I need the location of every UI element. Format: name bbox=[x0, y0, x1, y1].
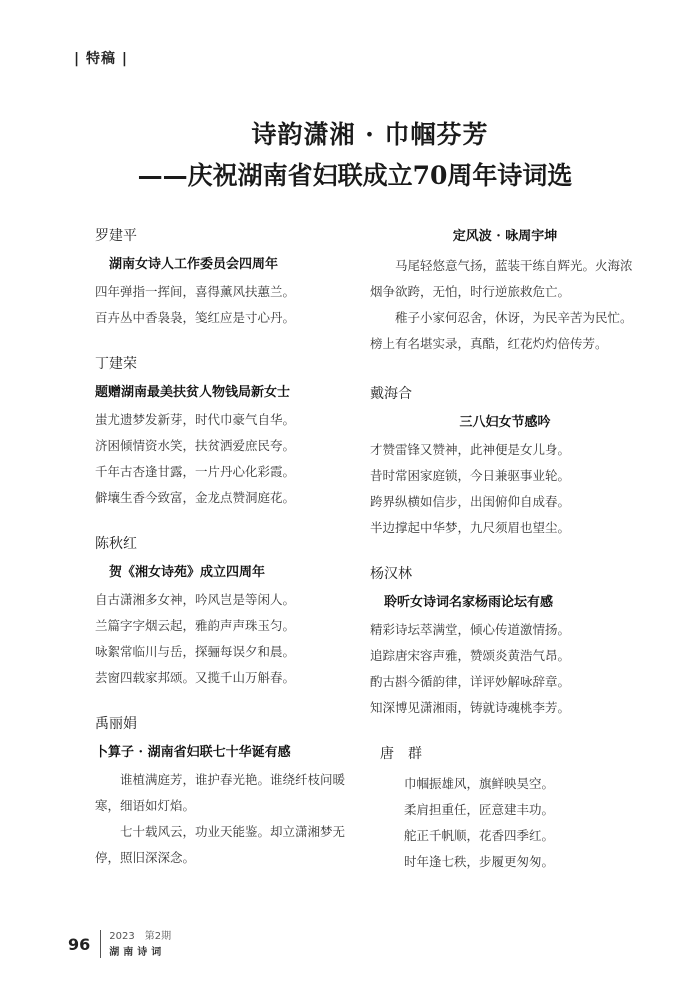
poem-title: 贺《湘女诗苑》成立四周年 bbox=[95, 561, 355, 585]
poem-line: 柔肩担重任，匠意建丰功。 bbox=[370, 797, 640, 823]
issue-label: 2023 第2期 bbox=[109, 931, 171, 943]
poem-block: 戴海合 三八妇女节感吟 才赞雷锋又赞神，此神便是女儿身。 昔时常困家庭锁，今日兼… bbox=[370, 383, 640, 541]
poem-block: 唐 群 巾帼振雄风，旗鲜映昊空。 柔肩担重任，匠意建丰功。 舵正千帆顺，花香四季… bbox=[370, 743, 640, 875]
poem-line: 半边撑起中华梦，九尺须眉也望尘。 bbox=[370, 515, 640, 541]
poem-author: 戴海合 bbox=[370, 383, 640, 405]
poem-line: 兰篇字字烟云起，雅韵声声珠玉匀。 bbox=[95, 613, 355, 639]
footer-info: 2023 第2期 湖南诗词 bbox=[109, 931, 171, 958]
section-tag: | 特稿 | bbox=[74, 48, 128, 68]
left-column: 罗建平 湖南女诗人工作委员会四周年 四年弹指一挥间，喜得薰风扶蕙兰。 百卉丛中香… bbox=[95, 225, 355, 893]
poem-block: 罗建平 湖南女诗人工作委员会四周年 四年弹指一挥间，喜得薰风扶蕙兰。 百卉丛中香… bbox=[95, 225, 355, 331]
footer-divider bbox=[100, 930, 101, 958]
poem-paragraph: 稚子小家何忍舍，休讶，为民辛苦为民忙。榜上有名堪实录，真酷，红花灼灼倍传芳。 bbox=[370, 305, 640, 357]
poem-author: 丁建荣 bbox=[95, 353, 355, 375]
poem-line: 追踪唐宋容声雅，赞颂炎黄浩气昂。 bbox=[370, 643, 640, 669]
poem-title: 三八妇女节感吟 bbox=[370, 411, 640, 435]
article-title: 诗韵潇湘 · 巾帼芬芳 bbox=[0, 118, 700, 152]
poem-line: 咏絮常临川与岳，探骊每误夕和晨。 bbox=[95, 639, 355, 665]
poem-line: 跨界纵横如信步，出闺俯仰自成春。 bbox=[370, 489, 640, 515]
poem-author: 唐 群 bbox=[370, 743, 640, 765]
poem-paragraph: 七十载风云，功业天能鉴。却立潇湘梦无停，照旧深深念。 bbox=[95, 819, 355, 871]
poem-title: 湖南女诗人工作委员会四周年 bbox=[95, 253, 355, 277]
poem-author: 陈秋红 bbox=[95, 533, 355, 555]
page-footer: 96 2023 第2期 湖南诗词 bbox=[68, 930, 171, 958]
poem-line: 四年弹指一挥间，喜得薰风扶蕙兰。 bbox=[95, 279, 355, 305]
poem-title: 题赠湖南最美扶贫人物钱局新女士 bbox=[95, 381, 355, 405]
poem-line: 济困倾情资水笑，扶贫洒爱庶民夸。 bbox=[95, 433, 355, 459]
poem-line: 昔时常困家庭锁，今日兼驱事业轮。 bbox=[370, 463, 640, 489]
poem-block: 丁建荣 题赠湖南最美扶贫人物钱局新女士 蚩尤遗梦发新芽，时代巾豪气自华。 济困倾… bbox=[95, 353, 355, 511]
poem-block: 定风波 · 咏周宇坤 马尾轻悠意气扬，蓝装干练自辉光。火海浓烟争欲跨，无怕，时行… bbox=[370, 225, 640, 357]
page-number: 96 bbox=[68, 935, 90, 954]
poem-author: 杨汉林 bbox=[370, 563, 640, 585]
poem-line: 巾帼振雄风，旗鲜映昊空。 bbox=[370, 771, 640, 797]
right-column: 定风波 · 咏周宇坤 马尾轻悠意气扬，蓝装干练自辉光。火海浓烟争欲跨，无怕，时行… bbox=[370, 225, 640, 897]
poem-line: 百卉丛中香袅袅，笺红应是寸心丹。 bbox=[95, 305, 355, 331]
poem-block: 禹丽娟 卜算子 · 湖南省妇联七十华诞有感 谁植满庭芳，谁护春光艳。谁绕纤枝问暖… bbox=[95, 713, 355, 871]
poem-title: 聆听女诗词名家杨雨论坛有感 bbox=[370, 591, 640, 615]
article-subtitle: ——庆祝湖南省妇联成立70周年诗词选 bbox=[0, 156, 700, 196]
poem-title: 卜算子 · 湖南省妇联七十华诞有感 bbox=[95, 741, 355, 765]
poem-title: 定风波 · 咏周宇坤 bbox=[370, 225, 640, 249]
poem-paragraph: 马尾轻悠意气扬，蓝装干练自辉光。火海浓烟争欲跨，无怕，时行逆旅救危亡。 bbox=[370, 253, 640, 305]
poem-line: 时年逢七秩，步履更匆匆。 bbox=[370, 849, 640, 875]
poem-line: 僻壤生香今致富，金龙点赞洞庭花。 bbox=[95, 485, 355, 511]
magazine-name: 湖南诗词 bbox=[109, 943, 171, 958]
poem-author: 禹丽娟 bbox=[95, 713, 355, 735]
poem-line: 千年古杏逢甘露，一片丹心化彩霞。 bbox=[95, 459, 355, 485]
poem-line: 酌古斟今循韵律，详评妙解咏辞章。 bbox=[370, 669, 640, 695]
article-title-block: 诗韵潇湘 · 巾帼芬芳 ——庆祝湖南省妇联成立70周年诗词选 bbox=[0, 118, 700, 196]
poem-line: 自古潇湘多女神，吟风岂是等闲人。 bbox=[95, 587, 355, 613]
poem-line: 知深博见潇湘雨，铸就诗魂桃李芳。 bbox=[370, 695, 640, 721]
poem-author: 罗建平 bbox=[95, 225, 355, 247]
poem-line: 才赞雷锋又赞神，此神便是女儿身。 bbox=[370, 437, 640, 463]
poem-line: 芸窗四载家邦颂。又揽千山万斛春。 bbox=[95, 665, 355, 691]
poem-block: 陈秋红 贺《湘女诗苑》成立四周年 自古潇湘多女神，吟风岂是等闲人。 兰篇字字烟云… bbox=[95, 533, 355, 691]
poem-paragraph: 谁植满庭芳，谁护春光艳。谁绕纤枝问暖寒，细语如灯焰。 bbox=[95, 767, 355, 819]
poem-line: 精彩诗坛萃满堂，倾心传道激情扬。 bbox=[370, 617, 640, 643]
poem-line: 蚩尤遗梦发新芽，时代巾豪气自华。 bbox=[95, 407, 355, 433]
poem-block: 杨汉林 聆听女诗词名家杨雨论坛有感 精彩诗坛萃满堂，倾心传道激情扬。 追踪唐宋容… bbox=[370, 563, 640, 721]
poem-line: 舵正千帆顺，花香四季红。 bbox=[370, 823, 640, 849]
